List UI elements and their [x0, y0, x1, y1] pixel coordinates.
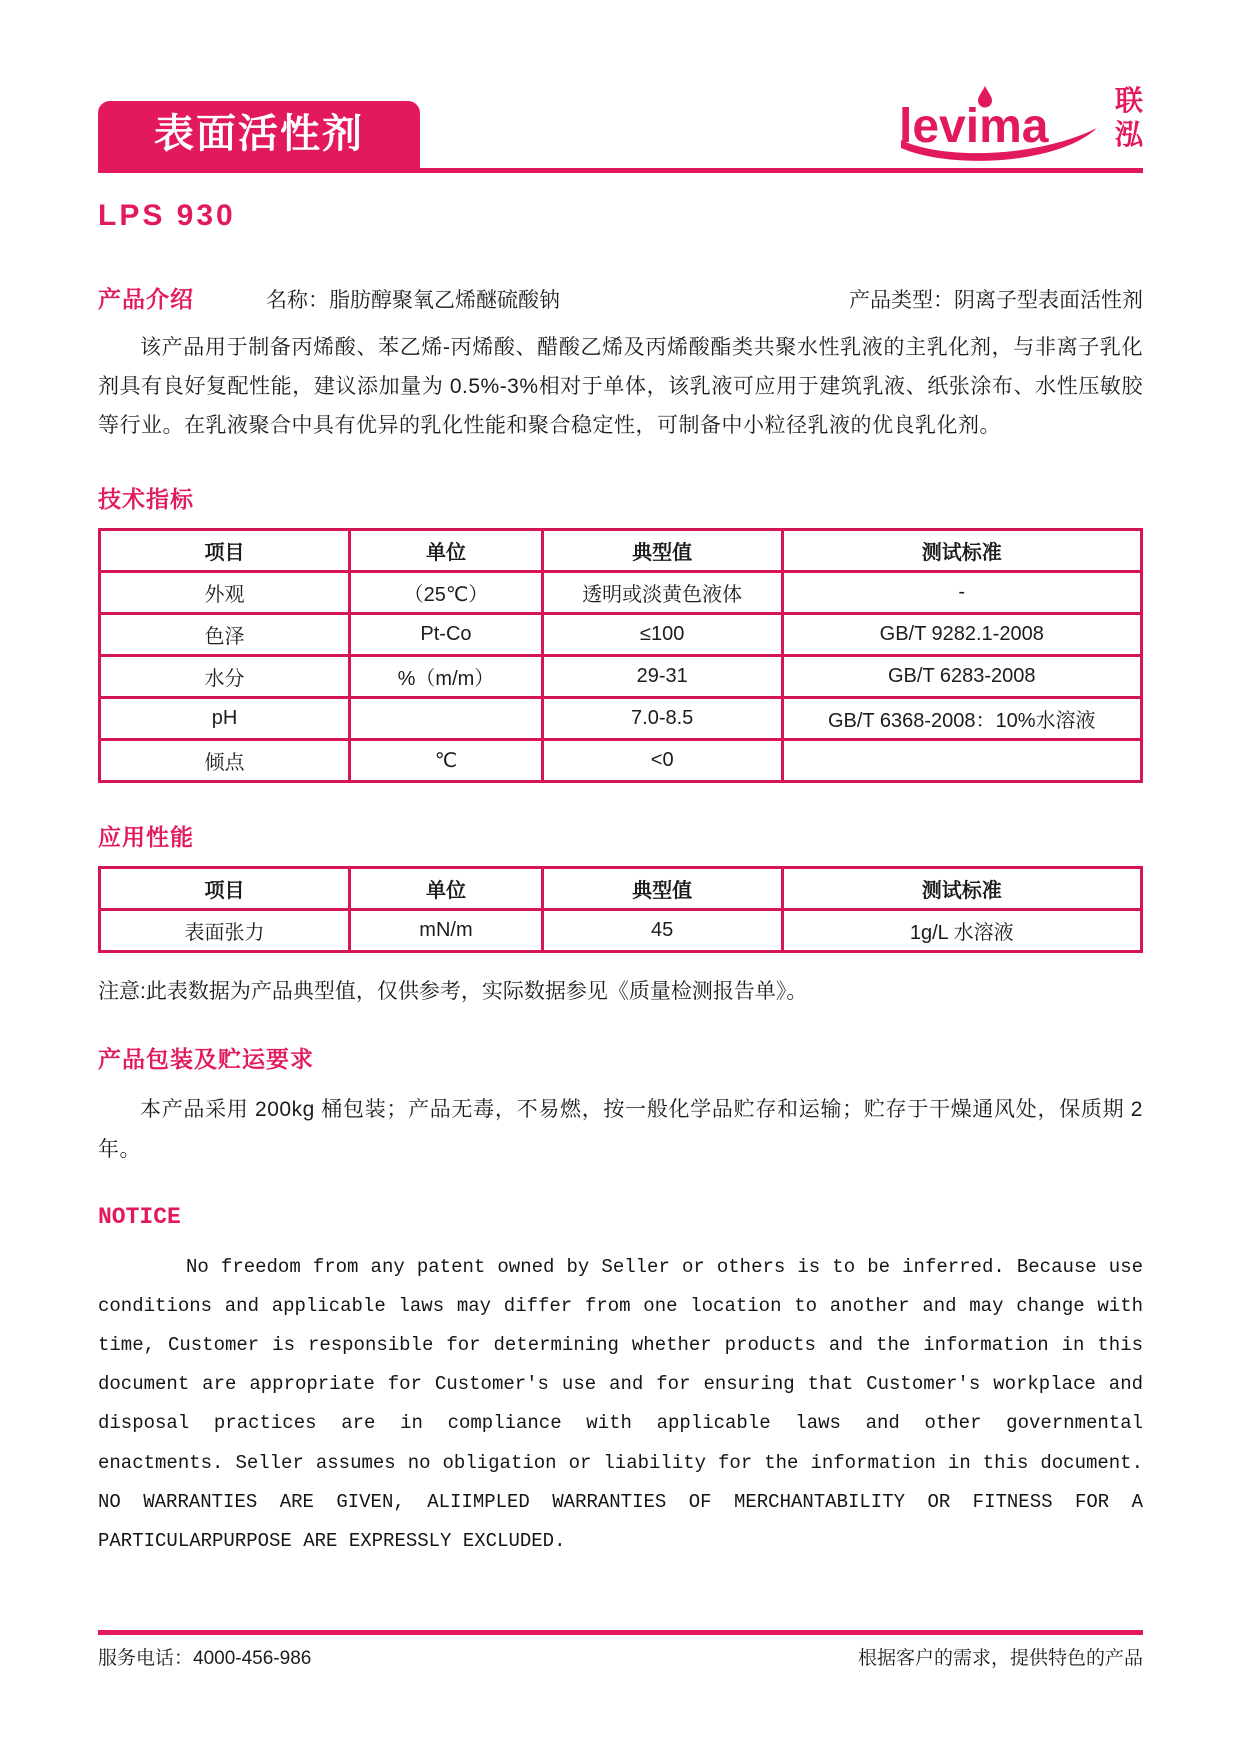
intro-row: 产品介绍 名称：脂肪醇聚氧乙烯醚硫酸钠 产品类型：阴离子型表面活性剂 [98, 281, 1143, 314]
cell-unit: mN/m [350, 910, 543, 952]
table-header-row: 项目 单位 典型值 测试标准 [100, 868, 1142, 910]
product-name-label: 名称：脂肪醇聚氧乙烯醚硫酸钠 [266, 284, 560, 314]
application-heading: 应用性能 [98, 819, 1143, 852]
cell-unit: （25℃） [350, 572, 543, 614]
footer-tagline: 根据客户的需求，提供特色的产品 [858, 1643, 1143, 1670]
col-typical: 典型值 [542, 530, 782, 572]
footer-rule [98, 1630, 1143, 1635]
col-item: 项目 [100, 530, 350, 572]
cell-item: 倾点 [100, 740, 350, 782]
footer: 服务电话：4000-456-986 根据客户的需求，提供特色的产品 [98, 1630, 1143, 1670]
cell-item: 色泽 [100, 614, 350, 656]
notice-text: No freedom from any patent owned by Sell… [98, 1248, 1143, 1561]
cell-item: 外观 [100, 572, 350, 614]
col-standard: 测试标准 [782, 530, 1142, 572]
document-page: 表面活性剂 levima 联 泓 LPS 930 产品介绍 名称：脂肪醇聚氧乙烯… [98, 0, 1143, 1561]
tech-specs-heading: 技术指标 [98, 481, 1143, 514]
cell-unit [350, 698, 543, 740]
logo-cjk-top: 联 [1115, 84, 1143, 118]
packaging-heading: 产品包装及贮运要求 [98, 1041, 1143, 1074]
cell-typical: 7.0-8.5 [542, 698, 782, 740]
notice-heading: NOTICE [98, 1204, 1143, 1230]
cell-standard: 1g/L 水溶液 [782, 910, 1142, 952]
banner-title: 表面活性剂 [98, 101, 420, 168]
product-title: LPS 930 [98, 199, 1143, 233]
levima-logo-icon: levima [897, 84, 1109, 166]
table-note: 注意:此表数据为产品典型值，仅供参考，实际数据参见《质量检测报告单》。 [98, 975, 1143, 1005]
cell-standard: - [782, 572, 1142, 614]
table-row: 外观 （25℃） 透明或淡黄色液体 - [100, 572, 1142, 614]
tech-specs-table: 项目 单位 典型值 测试标准 外观 （25℃） 透明或淡黄色液体 - 色泽 Pt… [98, 528, 1143, 783]
cell-typical: 29-31 [542, 656, 782, 698]
table-header-row: 项目 单位 典型值 测试标准 [100, 530, 1142, 572]
header: 表面活性剂 levima 联 泓 [98, 84, 1143, 168]
table-row: pH 7.0-8.5 GB/T 6368-2008：10%水溶液 [100, 698, 1142, 740]
logo-wordmark: levima [899, 100, 1049, 153]
service-phone: 服务电话：4000-456-986 [98, 1643, 311, 1670]
product-description: 该产品用于制备丙烯酸、苯乙烯-丙烯酸、醋酸乙烯及丙烯酸酯类共聚水性乳液的主乳化剂… [98, 328, 1143, 445]
logo-cjk-bottom: 泓 [1115, 118, 1143, 152]
intro-heading: 产品介绍 [98, 281, 194, 314]
packaging-text: 本产品采用 200kg 桶包装；产品无毒，不易燃，按一般化学品贮存和运输；贮存于… [98, 1090, 1143, 1170]
product-type-label: 产品类型：阴离子型表面活性剂 [849, 284, 1143, 314]
cell-item: 水分 [100, 656, 350, 698]
cell-standard: GB/T 6368-2008：10%水溶液 [782, 698, 1142, 740]
application-table: 项目 单位 典型值 测试标准 表面张力 mN/m 45 1g/L 水溶液 [98, 866, 1143, 953]
logo-cjk: 联 泓 [1115, 84, 1143, 151]
col-standard: 测试标准 [782, 868, 1142, 910]
cell-unit: Pt-Co [350, 614, 543, 656]
cell-typical: 45 [542, 910, 782, 952]
cell-item: 表面张力 [100, 910, 350, 952]
table-row: 色泽 Pt-Co ≤100 GB/T 9282.1-2008 [100, 614, 1142, 656]
cell-standard [782, 740, 1142, 782]
col-unit: 单位 [350, 530, 543, 572]
cell-standard: GB/T 6283-2008 [782, 656, 1142, 698]
col-item: 项目 [100, 868, 350, 910]
cell-unit: %（m/m） [350, 656, 543, 698]
header-rule [98, 168, 1143, 173]
cell-typical: 透明或淡黄色液体 [542, 572, 782, 614]
cell-item: pH [100, 698, 350, 740]
cell-typical: ≤100 [542, 614, 782, 656]
table-row: 倾点 ℃ <0 [100, 740, 1142, 782]
cell-unit: ℃ [350, 740, 543, 782]
table-row: 表面张力 mN/m 45 1g/L 水溶液 [100, 910, 1142, 952]
col-typical: 典型值 [542, 868, 782, 910]
col-unit: 单位 [350, 868, 543, 910]
cell-typical: <0 [542, 740, 782, 782]
cell-standard: GB/T 9282.1-2008 [782, 614, 1142, 656]
table-row: 水分 %（m/m） 29-31 GB/T 6283-2008 [100, 656, 1142, 698]
levima-logo: levima 联 泓 [897, 84, 1143, 168]
